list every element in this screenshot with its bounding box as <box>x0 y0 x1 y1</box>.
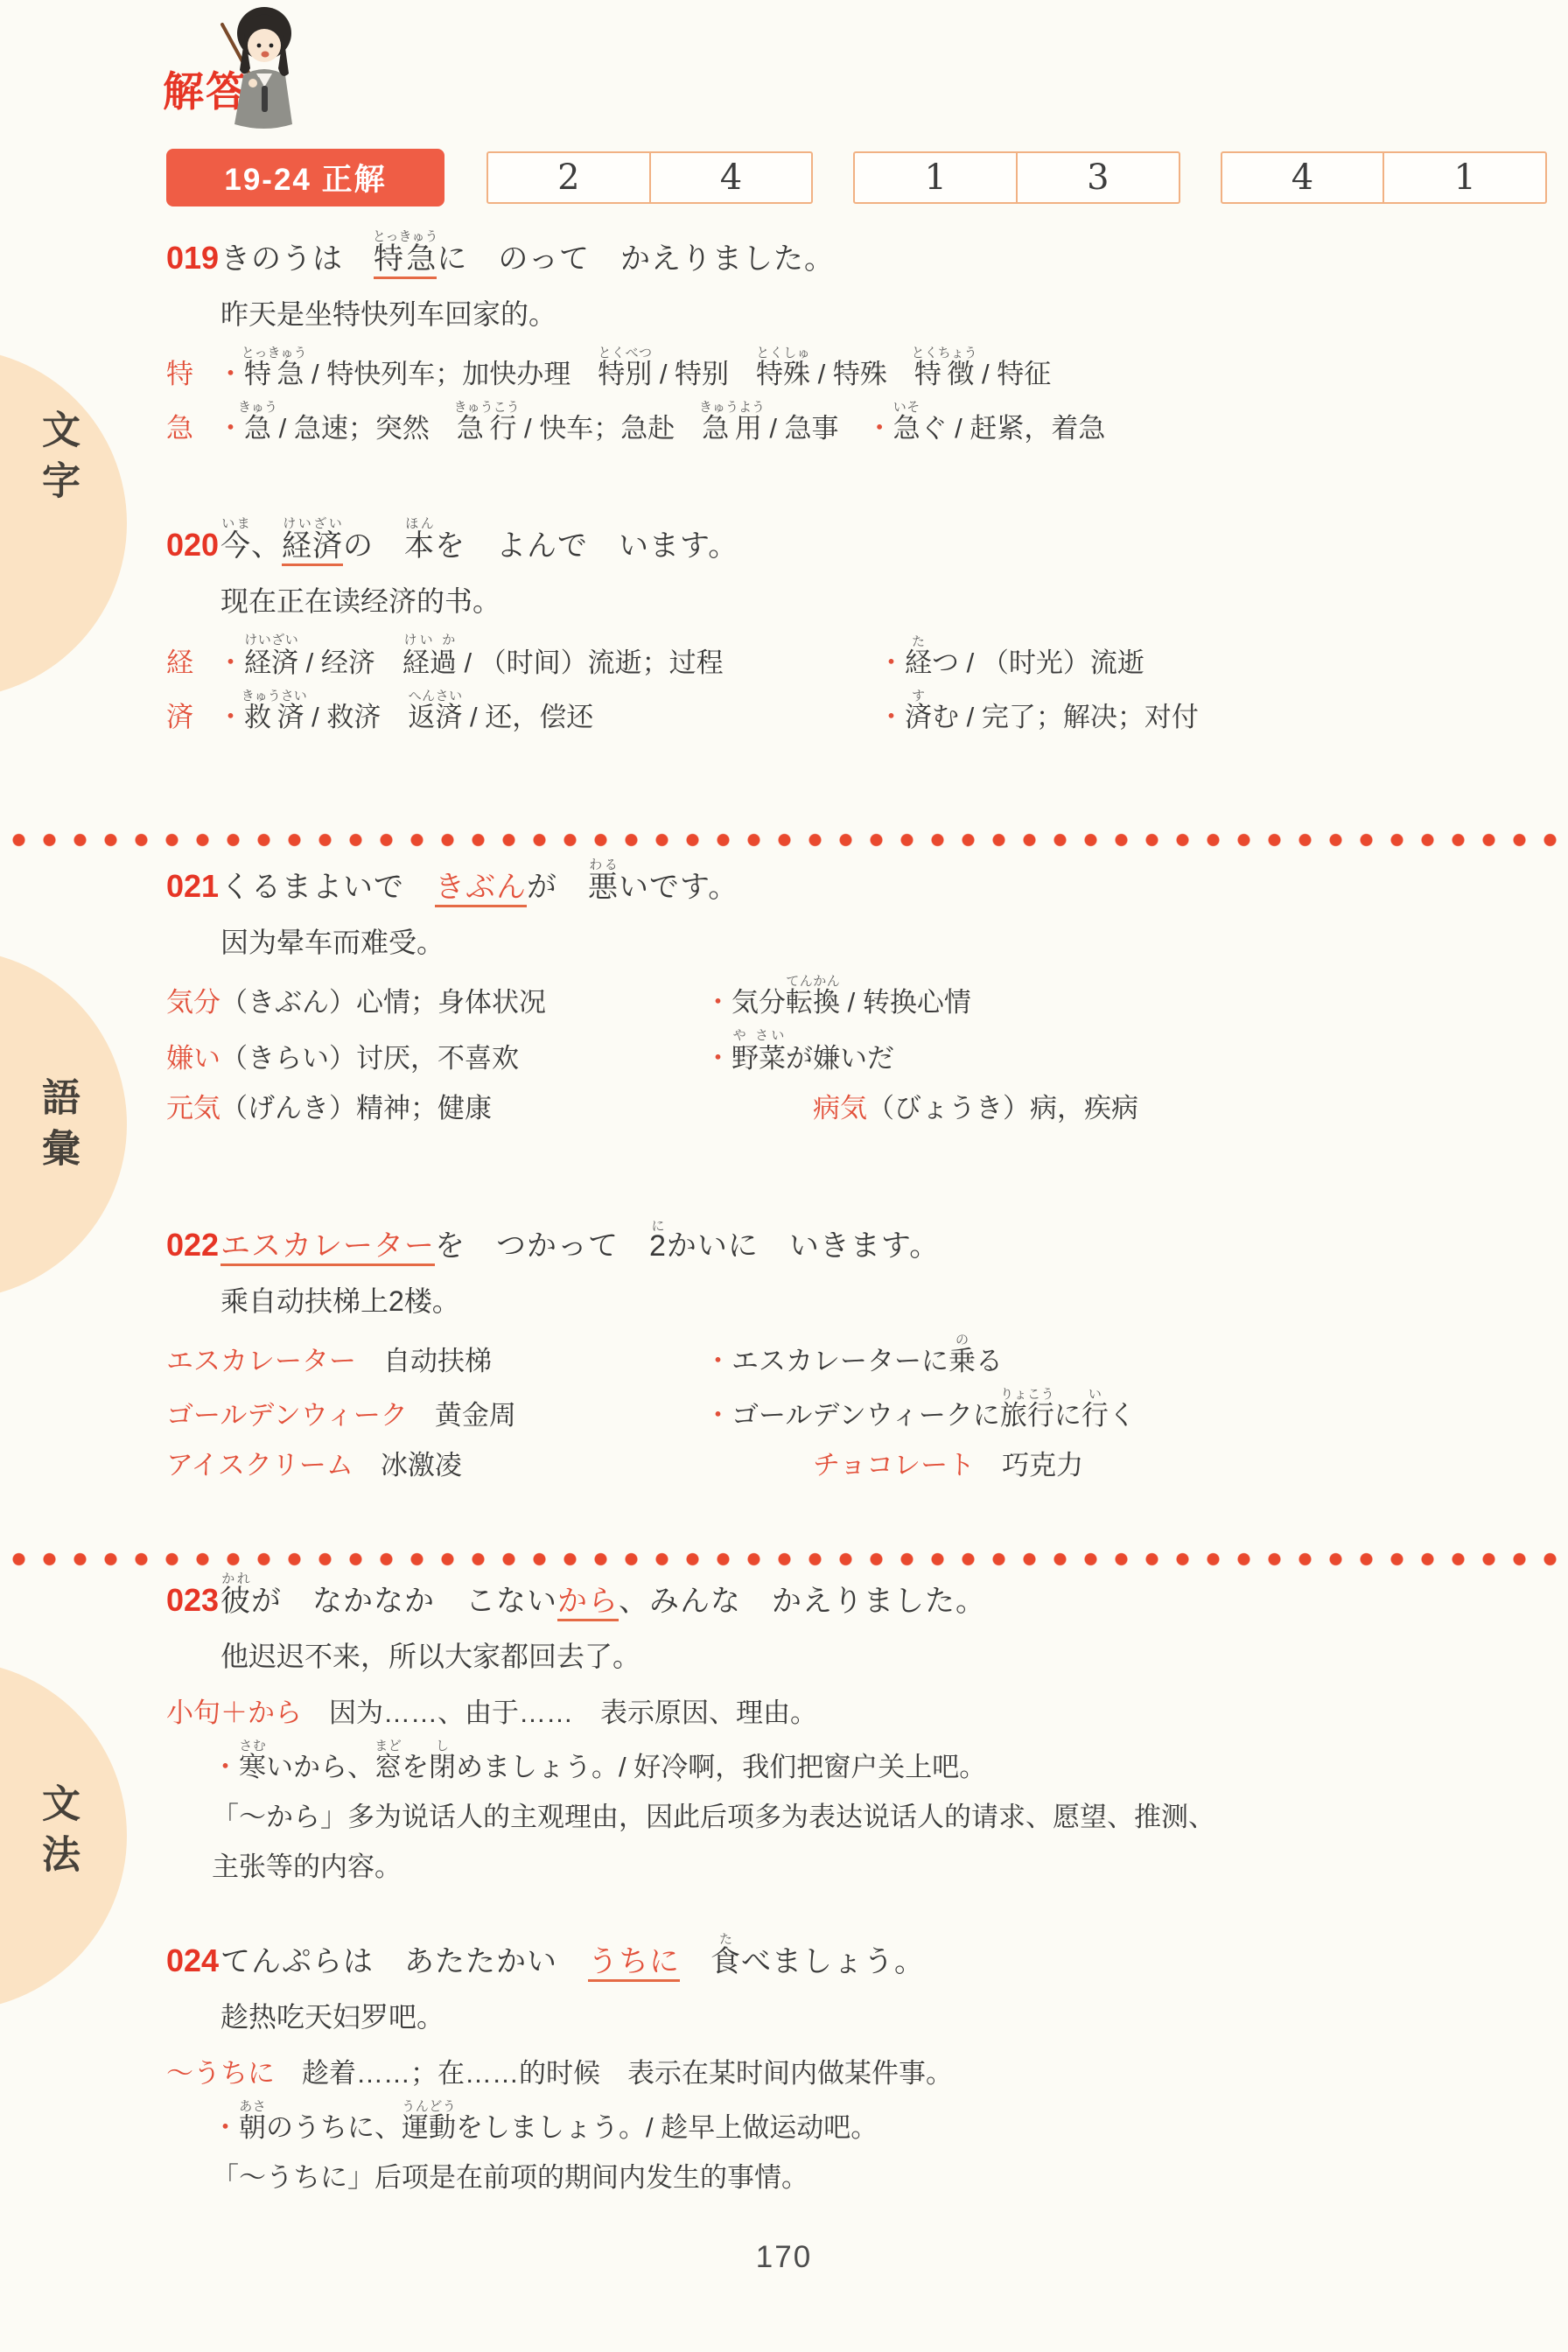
vocab-entry: 気分（きぶん）心情；身体状况 <box>166 977 704 1027</box>
kanji-label: 急 <box>166 403 217 453</box>
vocab-row: 気分（きぶん）心情；身体状况 ・気分転換てんかん / 转换心情 <box>166 974 1547 1027</box>
grammar-note: 「〜うちに」后项是在前项的期间内发生的事情。 <box>212 2162 808 2193</box>
answer-cell: 2 <box>488 153 649 202</box>
exercise-section-021: 021 くるまよいで きぶんが 悪わるいです。 因为晕车而难受。 気分（きぶん）… <box>166 857 1547 1133</box>
chinese-translation: 昨天是坐特快列车回家的。 <box>220 295 1547 334</box>
grammar-pattern: 〜うちに 趁着……；在……的时候 表示在某时间内做某件事。 <box>166 2058 953 2089</box>
grammar-pattern-row: 小句＋から 因为……、由于…… 表示原因、理由。 <box>166 1688 1547 1738</box>
chinese-translation: 因为晕车而难受。 <box>220 923 1547 962</box>
question-sentence: エスカレーターを つかって 2にかいに いきます。 <box>220 1218 940 1275</box>
kanji-examples: ・経たつ / （时光）流逝 <box>878 634 1547 688</box>
vocab-entry: 嫌い（きらい）讨厌，不喜欢 <box>166 1033 704 1083</box>
exercise-section-023: 023 彼かれが なかなか こないから、みんな かえりました。 他迟迟不来，所以… <box>166 1571 1547 1893</box>
kanji-label: 済 <box>166 692 217 742</box>
kanji-examples: ・済すむ / 完了；解决；对付 <box>878 689 1547 742</box>
exercise-section-022: 022 エスカレーターを つかって 2にかいに いきます。 乘自动扶梯上2楼。 … <box>166 1218 1547 1490</box>
answer-key-label: 19-24 正解 <box>166 149 444 206</box>
grammar-pattern: 小句＋から 因为……、由于…… 表示原因、理由。 <box>166 1697 817 1728</box>
exercise-section-019: 019 きのうは 特急とっきゅうに のって かえりました。 昨天是坐特快列车回家… <box>166 229 1547 453</box>
kanji-examples: ・特急とっきゅう / 特快列车；加快办理 特別とくべつ / 特别 特殊とくしゅ … <box>217 346 1051 399</box>
kanji-row: 済 ・救済きゅうさい / 救济 返済へんさい / 还，偿还 ・済すむ / 完了；… <box>166 689 1547 742</box>
vocab-row: アイスクリーム 冰激凌 チョコレート 巧克力 <box>166 1440 1547 1490</box>
chinese-translation: 趁热吃天妇罗吧。 <box>220 1998 1547 2037</box>
question-sentence: 今いま、経済けいざいの 本ほんを よんで います。 <box>220 516 738 575</box>
answer-cell: 1 <box>1382 153 1545 202</box>
grammar-note-row: 「〜から」多为说话人的主观理由，因此后项多为表达说话人的请求、愿望、推测、 <box>166 1792 1547 1842</box>
answer-cell: 3 <box>1016 153 1179 202</box>
answer-group: 2 4 <box>486 151 813 204</box>
vocab-example: ・野菜や さいが嫌いだ <box>704 1028 1547 1083</box>
kanji-label: 特 <box>166 349 217 399</box>
kanji-examples: ・救済きゅうさい / 救济 返済へんさい / 还，偿还 <box>217 689 878 742</box>
sidebar-tab-label: 語彙 <box>29 1077 85 1179</box>
question-sentence: きのうは 特急とっきゅうに のって かえりました。 <box>220 229 835 288</box>
grammar-example-row: ・寒さむいから、窓まどを閉しめましょう。/ 好冷啊，我们把窗户关上吧。 <box>166 1739 1547 1792</box>
dotted-separator <box>3 833 1564 847</box>
vocab-example: ・気分転換てんかん / 转换心情 <box>704 974 1547 1027</box>
vocab-entry: ゴールデンウィーク 黄金周 <box>166 1390 704 1440</box>
textbook-answer-page: 文字 語彙 文法 解答 19-24 正解 2 4 1 3 4 <box>0 0 1568 2352</box>
chinese-translation: 现在正在读经济的书。 <box>220 582 1547 621</box>
grammar-note-row: 「〜うちに」后项是在前项的期间内发生的事情。 <box>166 2152 1547 2202</box>
vocab-entry: エスカレーター 自动扶梯 <box>166 1336 704 1386</box>
question-sentence: てんぷらは あたたかい うちに 食たべましょう。 <box>220 1932 925 1991</box>
grammar-pattern-row: 〜うちに 趁着……；在……的时候 表示在某时间内做某件事。 <box>166 2048 1547 2098</box>
teacher-illustration <box>215 0 311 133</box>
vocab-row: エスカレーター 自动扶梯 ・エスカレーターに乗のる <box>166 1333 1547 1386</box>
kanji-examples: ・経済けいざい / 经济 経過けい か / （时间）流逝；过程 <box>217 633 878 688</box>
sidebar-tab-goi: 語彙 <box>0 949 127 1299</box>
section-number: 023 <box>166 1582 220 1619</box>
exercise-section-024: 024 てんぷらは あたたかい うちに 食たべましょう。 趁热吃天妇罗吧。 〜う… <box>166 1932 1547 2202</box>
answer-cell: 4 <box>649 153 812 202</box>
kanji-label: 経 <box>166 638 217 688</box>
answer-group: 4 1 <box>1221 151 1547 204</box>
grammar-example-row: ・朝あさのうちに、運動うんどうをしましょう。/ 趁早上做运动吧。 <box>166 2099 1547 2152</box>
sidebar-tab-label: 文法 <box>29 1783 85 1885</box>
question-sentence: くるまよいで きぶんが 悪わるいです。 <box>220 857 738 916</box>
page-number: 170 <box>0 2240 1568 2275</box>
vocab-example: ・ゴールデンウィークに旅行りょこうに行いく <box>704 1387 1547 1440</box>
kanji-row: 特 ・特急とっきゅう / 特快列车；加快办理 特別とくべつ / 特别 特殊とくし… <box>166 346 1547 399</box>
sidebar-tab-bunpo: 文法 <box>0 1661 127 2011</box>
dotted-separator <box>3 1552 1564 1566</box>
section-number: 020 <box>166 527 220 563</box>
kanji-examples: ・急きゅう / 急速；突然 急行きゅうこう / 快车；急赴 急用きゅうよう / … <box>217 400 1105 453</box>
answer-key-row: 2 4 1 3 4 1 <box>486 151 1547 204</box>
section-number: 024 <box>166 1942 220 1979</box>
sidebar-tab-moji: 文字 <box>0 348 127 698</box>
vocab-entry: 元気（げんき）精神；健康 <box>166 1083 704 1133</box>
section-number: 021 <box>166 868 220 905</box>
answer-group: 1 3 <box>853 151 1179 204</box>
grammar-note: 「〜から」多为说话人的主观理由，因此后项多为表达说话人的请求、愿望、推测、 <box>212 1802 1215 1832</box>
vocab-example: ・エスカレーターに乗のる <box>704 1333 1547 1386</box>
vocab-row: 嫌い（きらい）讨厌，不喜欢 ・野菜や さいが嫌いだ <box>166 1028 1547 1083</box>
exercise-section-020: 020 今いま、経済けいざいの 本ほんを よんで います。 现在正在读经济的书。… <box>166 516 1547 742</box>
vocab-example: チョコレート 巧克力 <box>704 1440 1547 1490</box>
grammar-note-row: 主张等的内容。 <box>166 1842 1547 1892</box>
grammar-example: ・寒さむいから、窓まどを閉しめましょう。/ 好冷啊，我们把窗户关上吧。 <box>212 1752 986 1782</box>
kanji-row: 急 ・急きゅう / 急速；突然 急行きゅうこう / 快车；急赴 急用きゅうよう … <box>166 400 1547 453</box>
chinese-translation: 他迟迟不来，所以大家都回去了。 <box>220 1637 1547 1676</box>
answer-cell: 1 <box>855 153 1016 202</box>
sidebar-tab-label: 文字 <box>29 409 85 511</box>
vocab-entry: アイスクリーム 冰激凌 <box>166 1440 704 1490</box>
question-sentence: 彼かれが なかなか こないから、みんな かえりました。 <box>220 1571 986 1630</box>
grammar-example: ・朝あさのうちに、運動うんどうをしましょう。/ 趁早上做运动吧。 <box>212 2112 878 2143</box>
vocab-row: 元気（げんき）精神；健康 病気（びょうき）病，疾病 <box>166 1083 1547 1133</box>
kanji-row: 経 ・経済けいざい / 经济 経過けい か / （时间）流逝；过程 ・経たつ /… <box>166 633 1547 688</box>
grammar-note: 主张等的内容。 <box>212 1851 402 1882</box>
section-number: 019 <box>166 240 220 276</box>
vocab-example: 病気（びょうき）病，疾病 <box>704 1083 1547 1133</box>
vocab-row: ゴールデンウィーク 黄金周 ・ゴールデンウィークに旅行りょこうに行いく <box>166 1387 1547 1440</box>
section-number: 022 <box>166 1227 220 1263</box>
answer-cell: 4 <box>1222 153 1383 202</box>
chinese-translation: 乘自动扶梯上2楼。 <box>220 1282 1547 1321</box>
